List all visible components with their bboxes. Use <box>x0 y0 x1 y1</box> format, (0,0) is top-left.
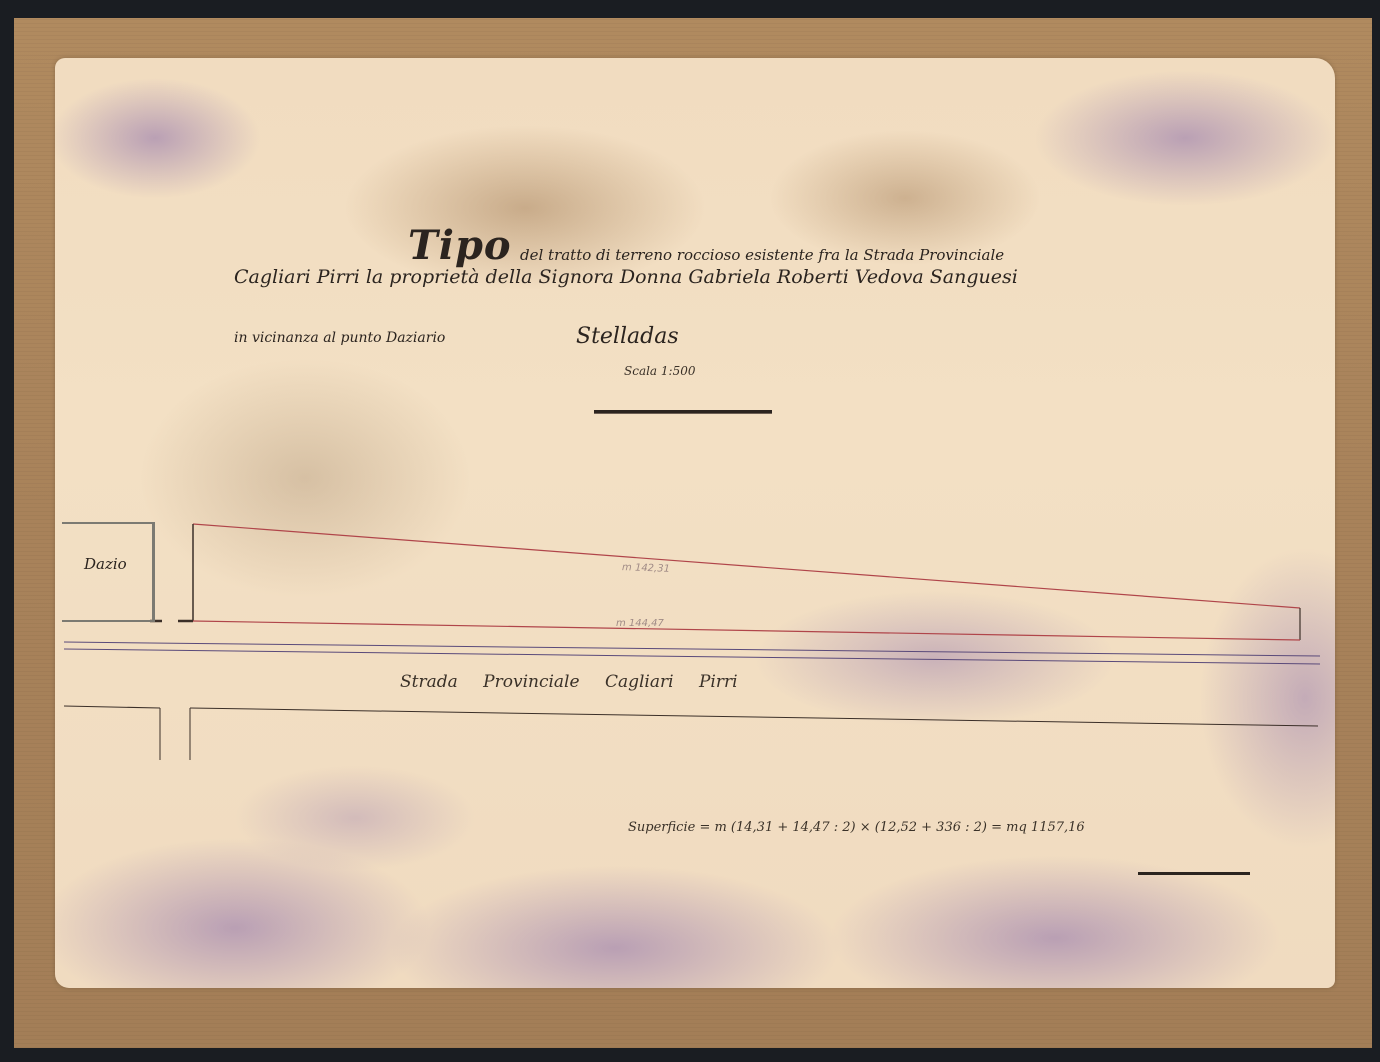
road-edge-lower <box>190 708 1318 726</box>
parcel-top-edge <box>193 524 1300 608</box>
road-edge-upper-2 <box>64 649 1320 664</box>
road-edge-upper-1 <box>64 642 1320 656</box>
site-plan-drawing <box>0 0 1380 1062</box>
surface-formula: Superficie = m (14,31 + 14,47 : 2) × (12… <box>628 820 1085 835</box>
parcel-bottom-edge <box>193 621 1300 640</box>
road-label: Strada Provinciale Cagliari Pirri <box>400 672 738 692</box>
road-edge-lower-left <box>64 706 160 708</box>
measurement-lower: m 144,47 <box>616 618 664 629</box>
dazio-label: Dazio <box>84 555 127 573</box>
surface-underline <box>1138 872 1250 875</box>
measurement-upper: m 142,31 <box>622 562 670 575</box>
